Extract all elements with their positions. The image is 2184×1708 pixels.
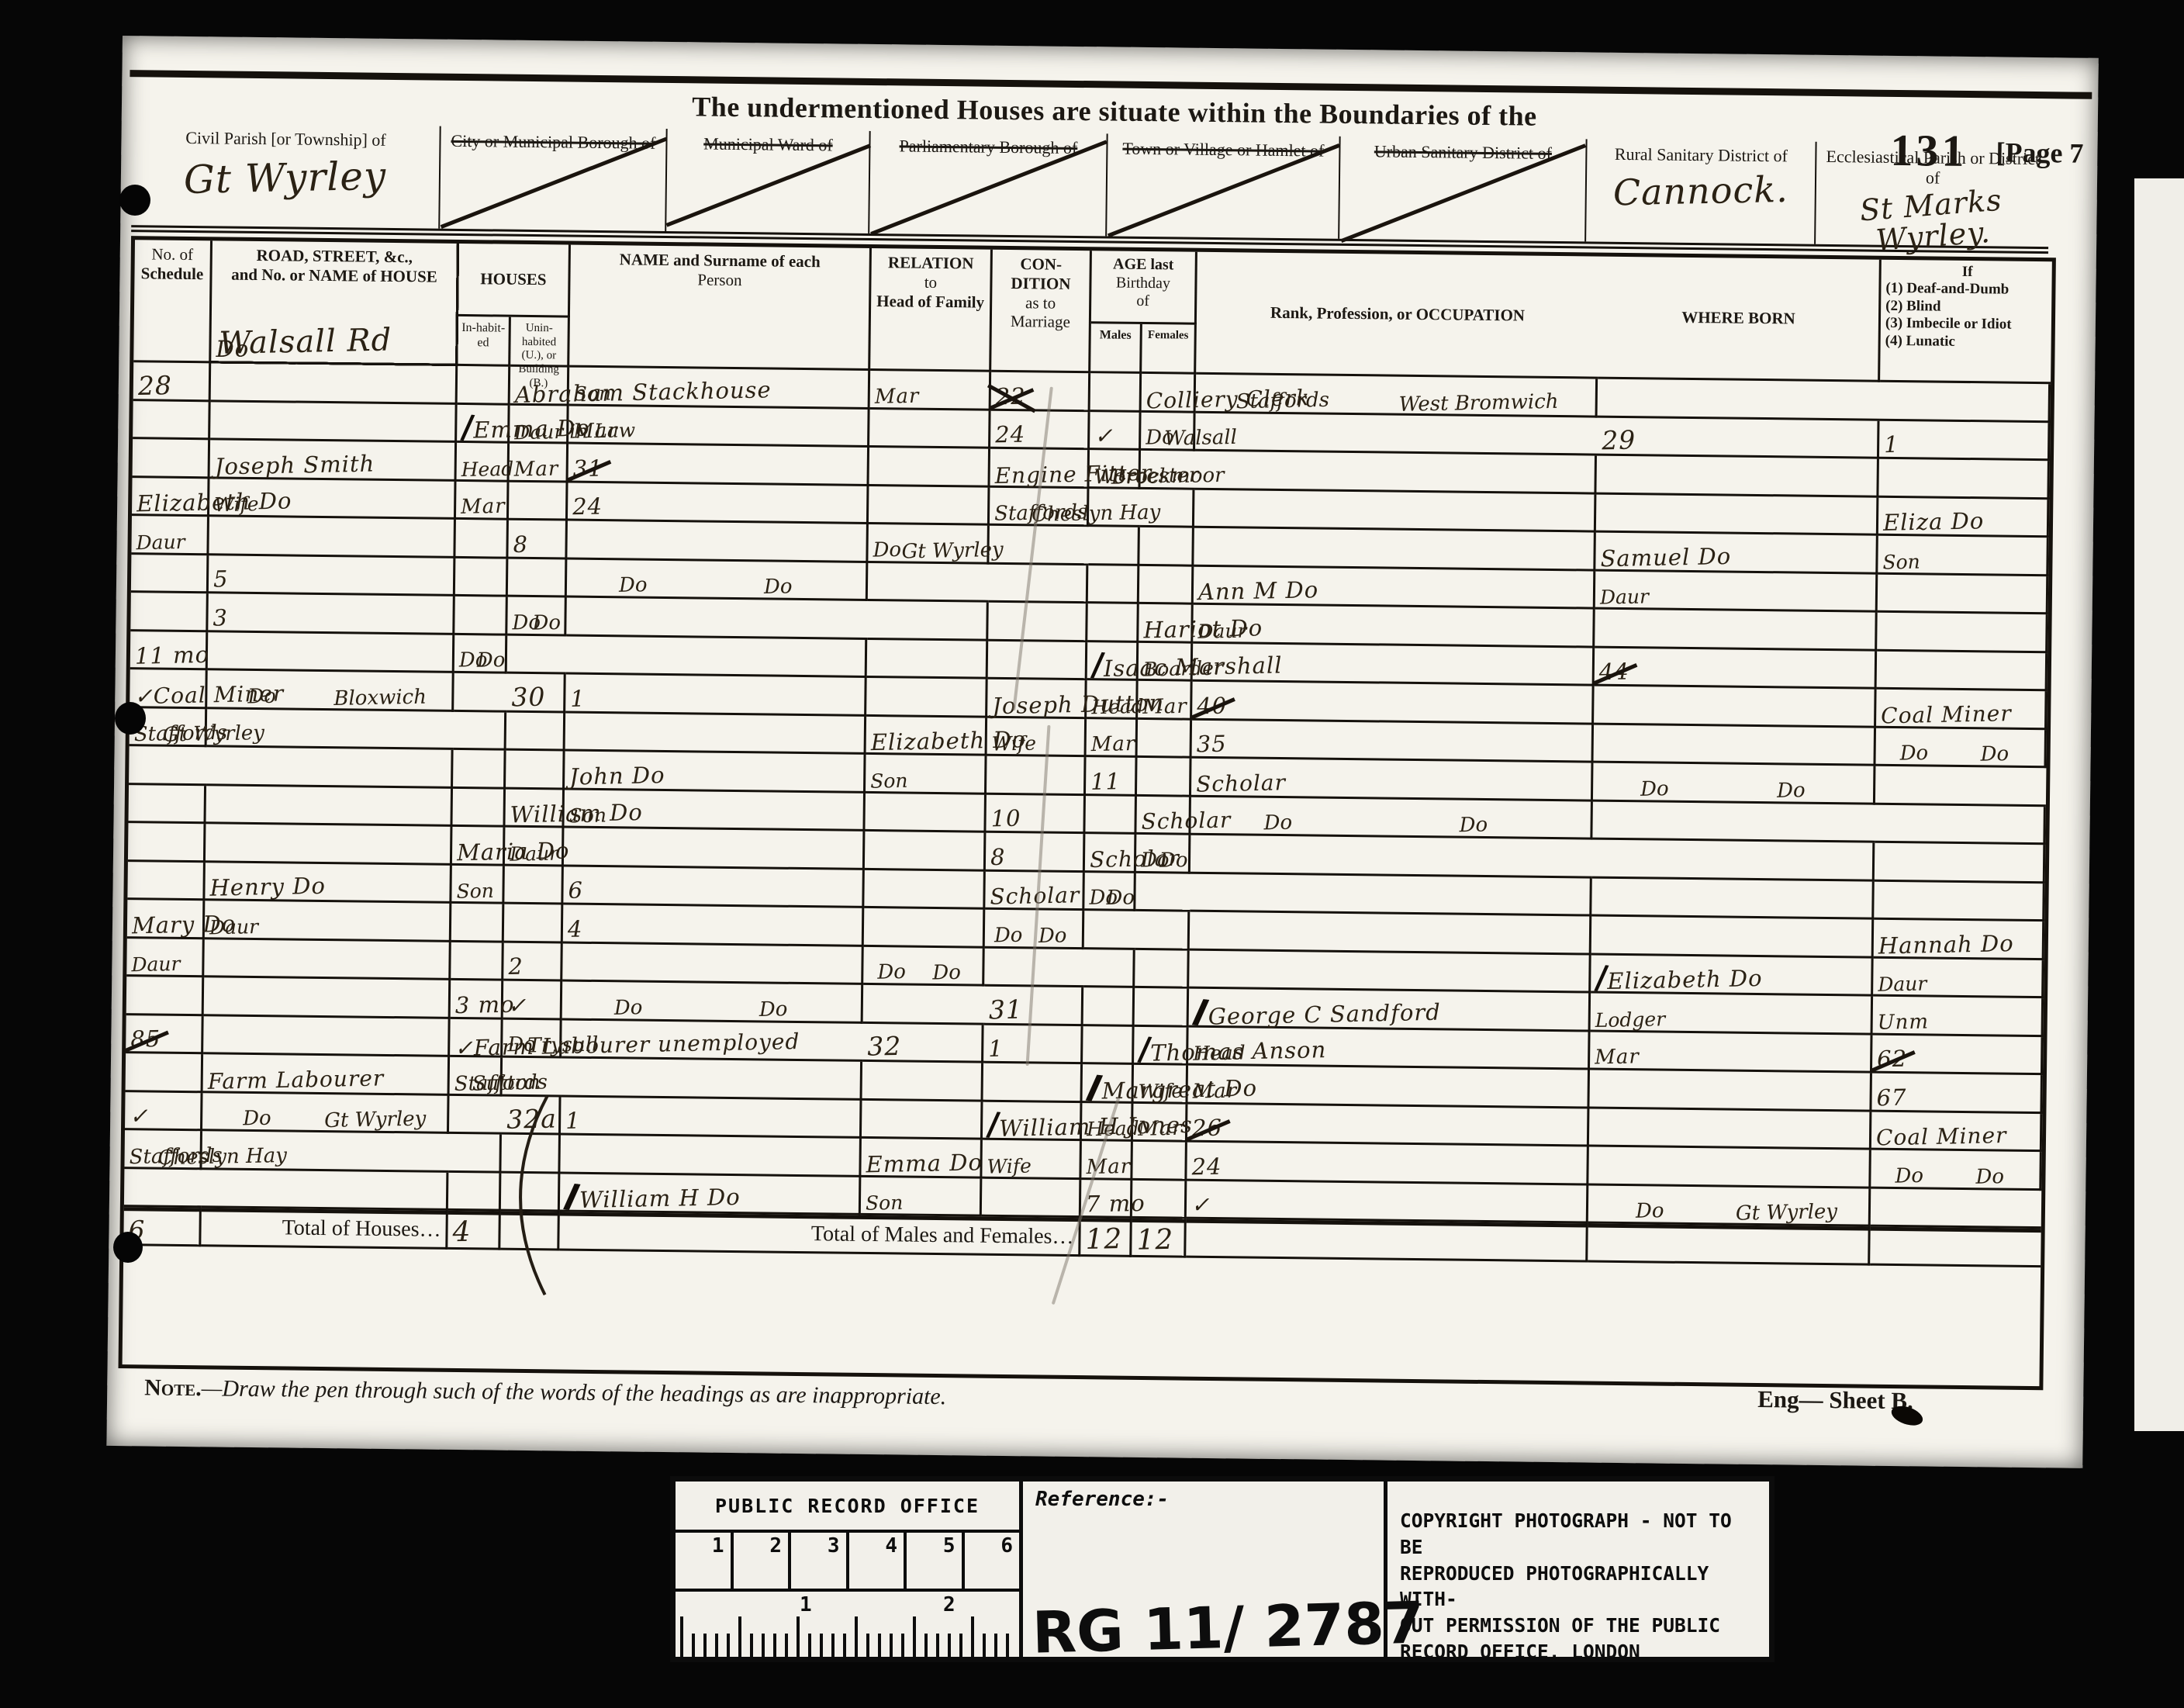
born-place-text: Do	[1159, 850, 1188, 871]
age-female-value: 8	[990, 845, 1006, 868]
stamp-ruler-boxes: 123456	[676, 1533, 1019, 1592]
age-male-value: 85	[130, 1028, 161, 1051]
condition-value: Mar	[573, 420, 618, 441]
cell-inhabited: 1	[983, 1025, 1083, 1064]
born-county-text: Do	[1263, 813, 1292, 834]
born-place-text: Do	[1038, 925, 1067, 946]
header-field-rural-sanitary-district: Rural Sanitary District ofCannock.	[1586, 139, 1816, 244]
cell-uninhabited	[1189, 950, 1591, 993]
header-field-label: City or Municipal Borough of	[447, 131, 659, 154]
born-place-text: Do	[1980, 744, 2009, 765]
born-county: Do	[1881, 743, 1948, 764]
ruler-box-number: 1	[676, 1533, 734, 1589]
born-place: Cheslyn Hay	[1032, 503, 1161, 524]
born-place-text: Do	[477, 650, 506, 671]
cell-infirmity	[449, 1095, 503, 1134]
relation-value: Wife	[214, 494, 259, 514]
cell-age-female	[869, 448, 990, 487]
cell-occupation: Scholar	[1085, 834, 1137, 873]
cell-name: Ann M Do	[1194, 566, 1596, 609]
reference-label: Reference:-	[1035, 1488, 1169, 1511]
copyright-line: OUT PERMISSION OF THE PUBLIC	[1400, 1613, 1763, 1639]
cell-inhabited: 1	[561, 1097, 862, 1139]
cell-age-male: 7 mo	[1081, 1180, 1133, 1219]
born-county-text: Do	[1636, 1201, 1664, 1222]
header-field-municipal-borough: City or Municipal Borough of	[440, 126, 667, 231]
person-name: Hannah Do	[1878, 932, 2014, 957]
born-place: Do	[477, 650, 506, 670]
relation-value: Wife	[987, 1156, 1032, 1176]
relation-value: Daur	[131, 954, 181, 974]
cell-age-male: 10	[986, 794, 1086, 834]
cell-relation: Head	[1087, 680, 1139, 719]
cell-age-male	[1877, 613, 2048, 653]
cell-uninhabited	[1139, 565, 1194, 604]
col-header-inhabited: In-habit-ed	[458, 316, 511, 367]
age-male-value: 10	[990, 807, 1021, 831]
cell-schedule: 29	[1597, 417, 1880, 459]
cell-age-male: 11	[1086, 757, 1138, 796]
cell-age-male	[504, 904, 564, 943]
totals-houses-label-text: Total of Houses…	[282, 1216, 441, 1243]
born-place: Do	[1360, 814, 1588, 836]
cell-inhabited	[1088, 565, 1140, 604]
born-place: Cheslyn Hay	[157, 1146, 287, 1167]
handwritten-value: Cannock.	[1612, 168, 1788, 214]
cell-age-female: 67	[1871, 1074, 2043, 1114]
cell-relation: Daur	[126, 939, 205, 978]
header-field-value: Gt Wyrley	[138, 153, 434, 202]
cell-inhabited	[862, 1062, 983, 1101]
relation-value: Daur	[510, 843, 559, 863]
ruler-box-number: 6	[965, 1533, 1020, 1589]
header-field-town-village-hamlet: Town or Village or Hamlet of	[1107, 133, 1340, 238]
cell-condition	[126, 977, 205, 1016]
cell-inhabited	[501, 1135, 561, 1174]
relation-value: Head	[1091, 696, 1144, 716]
col-header-text: RELATION	[888, 253, 974, 273]
col-header-text: Marriage	[1011, 312, 1070, 332]
born-place-text: Do	[1777, 780, 1806, 801]
cell-occupation: Colliery Clerk	[1142, 374, 1197, 413]
age-male-value: 62	[1877, 1048, 1907, 1071]
born-place-text: Brockmoor	[1111, 465, 1225, 487]
cell-uninhabited	[127, 862, 206, 901]
age-male-value: 22	[996, 385, 1026, 408]
cell-schedule	[202, 1170, 449, 1211]
cell-inhabited	[1875, 843, 2046, 883]
col-header-text: Head of Family	[876, 292, 984, 312]
cell-relation: Son	[451, 865, 505, 904]
cell-name: Emma Do	[861, 1139, 983, 1178]
cell-where-born: DoWalsall	[1141, 412, 1196, 451]
cell-age-male	[869, 409, 991, 448]
header-field-label: Town or Village or Hamlet of	[1114, 139, 1332, 162]
relation-value: Boarder	[1143, 659, 1224, 679]
born-place-text: Do	[533, 612, 562, 633]
cell-schedule: 32a	[502, 1096, 562, 1135]
occupation-value: ✓	[1094, 425, 1114, 447]
cell-uninhabited	[452, 788, 506, 827]
enumerator-slash-mark: ∕	[1090, 652, 1096, 678]
col-header-text: Birthday	[1116, 274, 1170, 292]
relation-value: Son	[568, 805, 606, 825]
cell-infirmity	[868, 562, 990, 602]
born-place-text: Gt Wyrley	[324, 1108, 427, 1131]
age-male-value: 6	[568, 880, 583, 902]
born-county: Do	[1141, 849, 1159, 870]
females-total: 12	[1136, 1226, 1174, 1254]
age-female-value: 24	[1191, 1155, 1222, 1178]
born-place: Walsall	[1164, 427, 1237, 448]
born-county-text: Staffords	[1235, 389, 1329, 411]
cell-infirmity	[1875, 766, 2047, 807]
col-header-text: Males	[1100, 328, 1132, 343]
punch-hole-icon	[119, 185, 150, 216]
cell-occupation	[508, 558, 568, 597]
cell-age-female	[455, 558, 509, 596]
cell-infirmity	[507, 635, 567, 674]
cell-inhabited	[1135, 949, 1190, 988]
cell-relation: Daur	[505, 828, 565, 866]
ruler-minor-ticks	[680, 1634, 1014, 1657]
col-header-text: and No. or NAME of HOUSE	[231, 264, 437, 286]
col-header-name: NAME and Surname of each Person	[569, 245, 872, 371]
totals-males-value: 12	[1080, 1218, 1132, 1257]
cell-condition	[982, 1178, 1082, 1218]
cell-where-born: WorcesterBrockmoor	[1089, 450, 1141, 489]
cell-schedule: 30	[506, 674, 566, 713]
born-place: Gt Wyrley	[901, 540, 1003, 561]
cell-inhabited	[128, 823, 206, 863]
col-header-text: (3) Imbecile or Idiot	[1885, 315, 2012, 334]
cell-relation: Son	[866, 755, 987, 794]
condition-value: Mar	[513, 458, 558, 479]
cell-infirmity	[984, 948, 1084, 987]
cell-inhabited	[1596, 456, 1879, 498]
cell-schedule: 28	[133, 362, 212, 402]
condition-value: Mar	[1595, 1046, 1640, 1067]
cell-age-female: 24	[568, 482, 869, 524]
born-place-text: Walsall	[1164, 427, 1237, 449]
cell-where-born: StaffordsSutton	[450, 1057, 503, 1096]
born-place-text: Do	[1460, 814, 1488, 835]
stamp-reference-section: Reference:- RG 11/ 2787	[1023, 1482, 1387, 1657]
col-header-condition: CON- DITION as to Marriage	[991, 250, 1092, 373]
cell-age-male: 26	[1187, 1104, 1590, 1146]
totals-houses-value: 4	[448, 1211, 501, 1250]
enumerator-slash-mark: ∕	[1137, 1036, 1142, 1062]
cell-uninhabited	[1083, 1026, 1135, 1065]
public-record-office-stamp: PUBLIC RECORD OFFICE 123456 1 2 Referenc…	[670, 1476, 1774, 1662]
cell-occupation: ✓	[1187, 1181, 1589, 1223]
cell-age-male: 5	[209, 555, 456, 596]
cell-inhabited	[211, 363, 458, 404]
relation-value: Daur	[136, 531, 185, 551]
col-header-text: No. of	[151, 244, 193, 264]
sheet-label: Eng— Sheet B.	[1757, 1385, 1913, 1415]
cell-relation: Daur	[1873, 958, 2044, 998]
occupation-value: ✓	[508, 994, 527, 1016]
born-place-text: Gt Wyrley	[901, 539, 1004, 562]
born-place-text: Do	[764, 576, 793, 597]
schedule-number: 29	[1602, 427, 1636, 453]
enumerator-slash-mark: ∕∕	[1192, 997, 1201, 1024]
cell-condition	[131, 555, 209, 594]
cell-relation: Boarder	[1139, 642, 1194, 681]
cell-inhabited: 1	[565, 675, 867, 717]
age-female-value: 2	[508, 956, 524, 978]
cell-where-born: DoDo	[507, 597, 567, 636]
col-header-occupation: Rank, Profession, or OCCUPATION	[1196, 252, 1599, 379]
born-county: Do	[990, 925, 1028, 946]
cell-inhabited	[1083, 987, 1135, 1026]
cell-name: ∕William H Jones	[983, 1101, 1083, 1141]
header-field-value: St Marks Wyrley.	[1822, 192, 2043, 254]
cell-uninhabited	[988, 641, 1088, 680]
age-male-value: 5	[213, 568, 229, 590]
schedule-number: 32a	[506, 1105, 557, 1132]
relation-value: Son	[1882, 551, 1920, 572]
punch-hole-icon	[113, 1232, 143, 1263]
relation-value: Son	[870, 770, 908, 790]
born-place: Do	[1943, 1166, 2036, 1187]
inhabited-mark: 1	[1884, 434, 1899, 456]
cell-occupation	[869, 486, 990, 525]
enumerator-slash-mark: ∕	[986, 1111, 991, 1137]
cell-condition: Mar	[456, 481, 510, 520]
road-ditto: Do	[216, 337, 249, 361]
cell-relation: Head	[457, 443, 510, 482]
col-header-houses: HOUSES	[458, 244, 571, 318]
census-page: The undermentioned Houses are situate wi…	[106, 36, 2098, 1468]
cell-relation: Wife	[982, 1140, 1082, 1180]
born-county: Do	[1598, 778, 1712, 800]
born-place: Gt Wyrley	[306, 1109, 444, 1131]
enumerator-slash-mark: ∕∕	[1086, 1074, 1094, 1100]
cell-age-male: 62	[1872, 1035, 2044, 1075]
col-header-text: HOUSES	[480, 269, 546, 289]
stamp-ruler-ticks: 1 2	[676, 1592, 1019, 1657]
person-name: Abraham Stackhouse	[515, 379, 772, 406]
cell-inhabited	[448, 1172, 502, 1211]
born-county: Staffords	[454, 1072, 472, 1092]
relation-value: Son	[866, 1193, 904, 1213]
copyright-line: RECORD OFFICE, LONDON	[1400, 1639, 1763, 1665]
cell-uninhabited	[1194, 528, 1596, 571]
cell-occupation: ✓	[1090, 412, 1142, 451]
cell-occupation: Scholar	[1136, 796, 1191, 835]
cell-age-female: 4	[563, 905, 865, 947]
cell-condition	[504, 866, 564, 904]
col-header-where-born: WHERE BORN	[1598, 257, 1882, 382]
born-county: Staffords	[994, 503, 1032, 524]
born-place: Do	[1947, 744, 2041, 765]
person-name: William H Do	[579, 1186, 740, 1212]
cell-age-male: 6	[563, 866, 865, 908]
born-place: Do	[914, 963, 979, 984]
relation-value: Daur	[209, 917, 259, 937]
cell-occupation: ✓	[503, 981, 563, 1020]
cell-relation: Wife	[1133, 1065, 1188, 1104]
cell-condition	[204, 939, 451, 980]
totals-occupation-empty	[1186, 1219, 1588, 1262]
cell-inhabited	[988, 603, 1088, 642]
cell-age-female: 35	[1192, 720, 1595, 762]
cell-schedule	[454, 711, 507, 750]
cell-name: Elizabeth Do	[866, 716, 988, 755]
cell-relation: Head	[1082, 1103, 1134, 1142]
cell-age-female: 3	[208, 593, 455, 634]
cell-age-male: 31	[568, 444, 870, 486]
born-county: Do	[873, 540, 901, 560]
person-name: Joseph Smith	[214, 452, 375, 478]
occupation-value: Scholar	[1141, 809, 1231, 832]
cell-relation: Son	[861, 1177, 983, 1216]
born-county-text: Do	[1640, 779, 1669, 800]
condition-value: Mar	[1138, 1118, 1183, 1139]
schedule-number: 31	[989, 996, 1024, 1022]
cell-schedule	[1088, 527, 1140, 565]
totals-persons-label: Total of Males and Females…	[559, 1212, 1081, 1256]
cell-schedule	[448, 1134, 502, 1173]
totals-persons-label-text: Total of Males and Females…	[811, 1222, 1074, 1250]
born-place-text: Cheslyn Hay	[157, 1145, 287, 1167]
cell-age-male	[204, 977, 451, 1018]
ruler-box-number: 2	[734, 1533, 792, 1589]
col-header-text: DITION	[1011, 274, 1070, 294]
header-field-label: Municipal Ward of	[673, 133, 862, 156]
cell-condition: Mar	[1087, 719, 1139, 758]
born-place: Bloxwich	[311, 686, 448, 708]
cell-uninhabited	[206, 824, 453, 865]
cell-age-female: 2	[503, 942, 563, 981]
cell-schedule: 32	[862, 1023, 984, 1063]
col-header-text: AGE last	[1113, 256, 1174, 275]
relation-value: Head	[1087, 1118, 1139, 1139]
born-place-text: Bloxwich	[333, 686, 427, 708]
cell-where-born: DoTrysull	[503, 1019, 562, 1058]
cell-infirmity	[1190, 835, 1593, 878]
cell-inhabited	[1139, 527, 1194, 566]
condition-value: Mar	[1086, 1156, 1131, 1177]
cell-inhabited	[1591, 878, 1875, 920]
col-header-text: In-habit-ed	[458, 321, 508, 351]
occupation-value: ✓	[130, 1105, 149, 1127]
header-field-value: Cannock.	[1593, 169, 1809, 213]
cell-age-female: 8	[508, 520, 568, 559]
age-male-value: 31	[572, 457, 603, 480]
cell-condition: Mar	[1133, 1103, 1188, 1142]
relation-value: Head	[1193, 1042, 1246, 1063]
census-table: No. of Schedule ROAD, STREET, &c., and N…	[119, 236, 2056, 1390]
cell-condition: Mar	[1138, 681, 1193, 720]
age-female-value: 24	[572, 495, 603, 518]
born-place-text: Sutton	[472, 1072, 541, 1094]
born-county-text: Do	[994, 925, 1023, 946]
totals-infirmity-empty	[1870, 1227, 2041, 1267]
person-name: Ann M Do	[1198, 579, 1319, 603]
header-field-label: Parliamentary Borough of	[876, 136, 1100, 159]
cell-name: ∕∕Margreat Do	[1082, 1064, 1134, 1103]
col-header-males: Males	[1090, 323, 1142, 374]
cell-infirmity	[1135, 873, 1190, 911]
cell-infirmity	[129, 746, 207, 786]
cell-name: Mary Do	[127, 900, 206, 939]
cell-occupation: Engine Fitter	[990, 449, 1090, 489]
cell-inhabited	[506, 712, 566, 751]
born-county: Do	[567, 997, 689, 1018]
cell-relation: Daur	[131, 516, 209, 555]
film-edge-sliver	[2134, 178, 2184, 1431]
born-place-text: Cheslyn Hay	[1032, 503, 1161, 525]
cell-condition	[1878, 574, 2049, 614]
totals-houses-label: Total of Houses…	[201, 1208, 448, 1249]
cell-name: Maria Do	[452, 827, 506, 866]
inhabited-mark: 1	[988, 1038, 1004, 1060]
cell-age-male: 22	[991, 372, 1091, 412]
age-male-value: 40	[1197, 694, 1227, 717]
ruler-inch-label: 1	[800, 1593, 812, 1616]
born-county: Worcester	[1094, 465, 1112, 486]
cell-name: ∕Thomas Anson	[1134, 1026, 1189, 1065]
cell-infirmity	[566, 598, 868, 640]
cell-where-born: StaffordsCheslyn Hay	[124, 1130, 202, 1170]
ruler-box-number: 3	[791, 1533, 849, 1589]
cell-name: Joseph Dutton	[987, 679, 1087, 719]
condition-value: Unm	[1877, 1011, 1929, 1032]
cell-age-male	[865, 832, 987, 871]
cell-occupation: Coal Miner	[1876, 690, 2047, 730]
header-field-municipal-ward: Municipal Ward of	[666, 129, 870, 233]
cell-schedule	[1194, 451, 1597, 494]
header-field-civil-parish: Civil Parish [or Township] ofGt Wyrley	[131, 123, 441, 229]
cell-condition	[451, 904, 505, 942]
col-header-text: NAME and Surname of each	[620, 250, 821, 271]
born-county: Do	[512, 612, 533, 632]
cell-schedule	[1083, 949, 1135, 988]
inhabited-mark: 1	[565, 1109, 581, 1132]
cell-condition	[564, 828, 866, 870]
cell-name: Eliza Do	[1878, 497, 2050, 538]
cell-schedule	[989, 564, 1089, 603]
cell-schedule	[1592, 840, 1875, 882]
cell-occupation	[1593, 724, 1876, 766]
cell-occupation: ✓Farm Labourer unemployed	[450, 1018, 503, 1057]
census-grid: No. of Schedule ROAD, STREET, &c., and N…	[123, 240, 2052, 1386]
born-place: Do	[1159, 850, 1188, 870]
cell-name: ∕Elizabeth Do	[1591, 955, 1874, 997]
born-place: Do	[1027, 925, 1079, 946]
cell-age-male	[1138, 719, 1193, 758]
condition-value: Mar	[1142, 696, 1187, 717]
born-place: Trysull	[528, 1035, 599, 1056]
cell-schedule	[867, 601, 989, 641]
cell-uninhabited	[983, 1063, 1083, 1103]
cell-where-born: DoDo	[1084, 873, 1136, 911]
occupation-value: Scholar	[990, 884, 1080, 908]
col-header-text: CON-	[1020, 254, 1062, 274]
census-scan-screen: The undermentioned Houses are situate wi…	[0, 0, 2184, 1708]
cell-relation: Wife	[987, 717, 1087, 757]
ruler-box-number: 4	[849, 1533, 907, 1589]
cell-inhabited	[1194, 489, 1597, 532]
col-header-text: Rank, Profession, or OCCUPATION	[1270, 303, 1525, 325]
totals-females-value: 12	[1132, 1219, 1187, 1257]
cell-age-female: 3 mo	[451, 980, 504, 1019]
cell-where-born: DoGt Wyrley	[868, 524, 990, 564]
header-field-urban-sanitary-district: Urban Sanitary District of	[1339, 137, 1587, 242]
